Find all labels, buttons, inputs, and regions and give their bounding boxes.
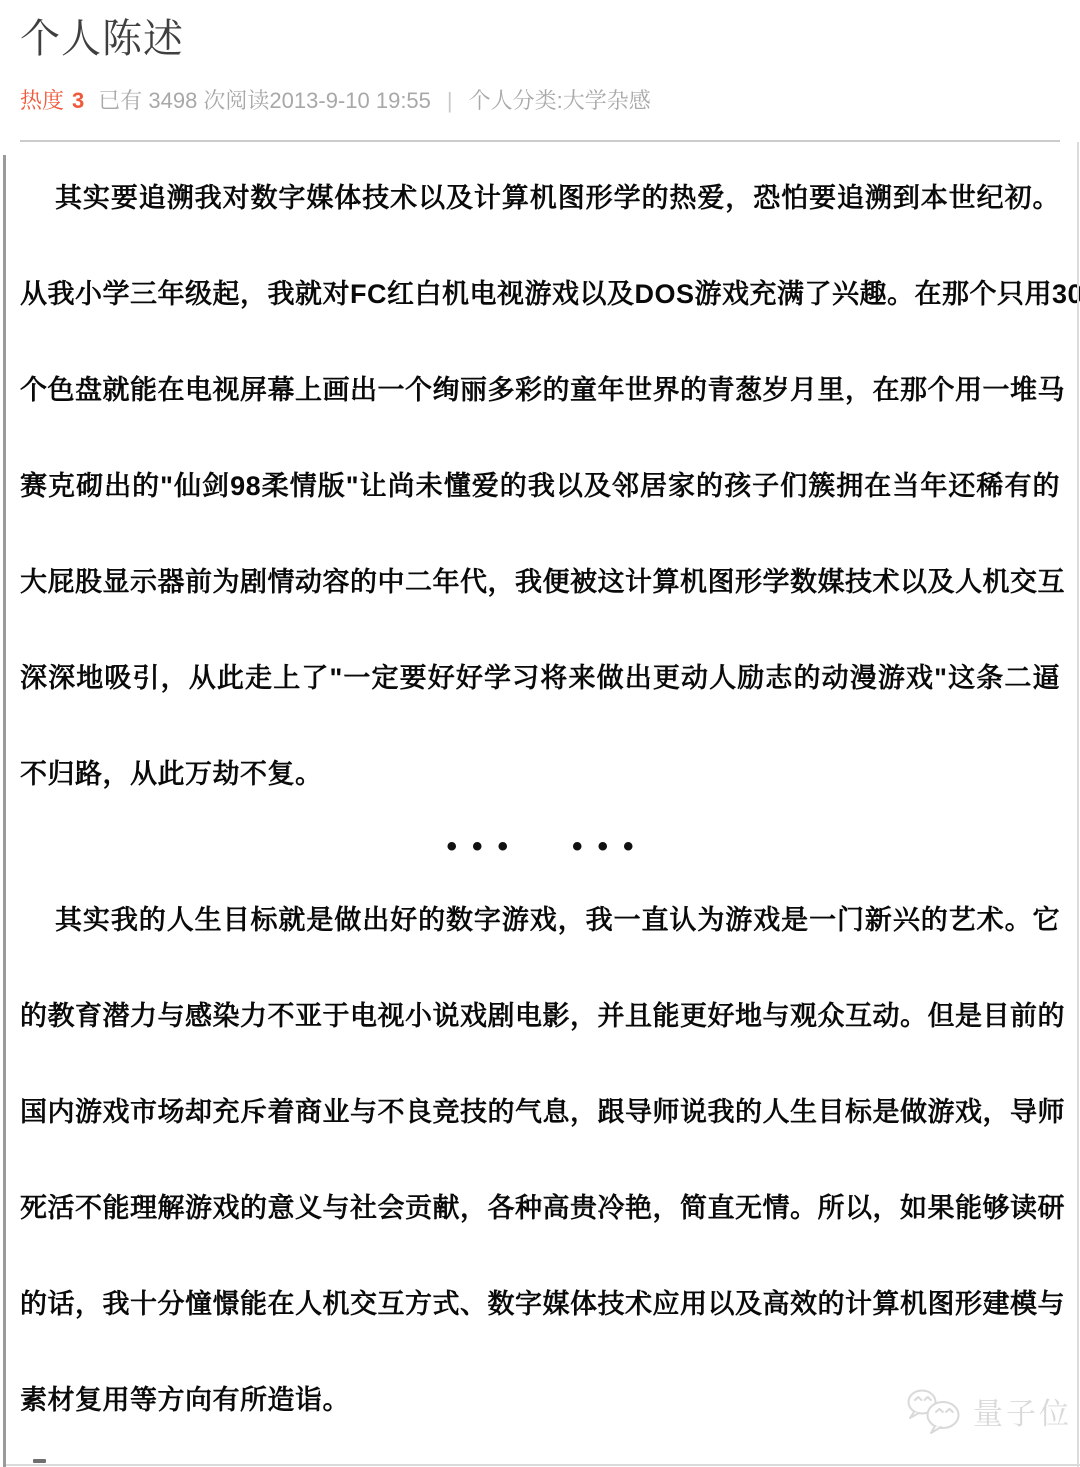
watermark: 量子位	[903, 1388, 1072, 1434]
body-line: 大屁股显示器前为剧情动容的中二年代，我便被这计算机图形学数媒技术以及人机交互	[20, 534, 1060, 630]
wechat-logo-icon	[903, 1388, 965, 1434]
right-border-line	[1077, 142, 1079, 1467]
body-line: 从我小学三年级起，我就对FC红白机电视游戏以及DOS游戏充满了兴趣。在那个只用3…	[20, 246, 1060, 342]
body-line: 不归路，从此万劫不复。	[20, 726, 1060, 822]
body-line: 国内游戏市场却充斥着商业与不良竞技的气息，跟导师说我的人生目标是做游戏，导师	[20, 1064, 1060, 1160]
post-header: 个人陈述 热度3 已有 3498 次阅读2013-9-10 19:55 | 个人…	[0, 14, 1080, 142]
body-line: 其实我的人生目标就是做出好的数字游戏，我一直认为游戏是一门新兴的艺术。它	[20, 872, 1060, 968]
body-line: 其实要追溯我对数字媒体技术以及计算机图形学的热爱，恐怕要追溯到本世纪初。	[20, 150, 1060, 246]
body-line: 深深地吸引，从此走上了"一定要好好学习将来做出更动人励志的动漫游戏"这条二逼	[20, 630, 1060, 726]
header-divider	[20, 140, 1060, 142]
page-title: 个人陈述	[20, 14, 1060, 64]
body-line: 的话，我十分憧憬能在人机交互方式、数字媒体技术应用以及高效的计算机图形建模与	[20, 1256, 1060, 1352]
body-line: 的教育潜力与感染力不亚于电视小说戏剧电影，并且能更好地与观众互动。但是目前的	[20, 968, 1060, 1064]
body-line: 个色盘就能在电视屏幕上画出一个绚丽多彩的童年世界的青葱岁月里，在那个用一堆马	[20, 342, 1060, 438]
section-separator-dots: ••• •••	[20, 822, 1060, 872]
dots-group: •••	[557, 822, 649, 872]
cutoff-content-fragment	[33, 1459, 46, 1463]
dots-group: •••	[431, 822, 523, 872]
meta-separator: |	[447, 88, 453, 114]
heat-badge: 热度3	[20, 88, 84, 114]
views-and-date: 已有 3498 次阅读2013-9-10 19:55	[98, 88, 431, 114]
bottom-divider	[6, 1464, 1080, 1466]
category-link[interactable]: 个人分类:大学杂感	[469, 88, 651, 114]
heat-count: 3	[72, 88, 84, 113]
watermark-label: 量子位	[973, 1389, 1072, 1433]
article-body: 其实要追溯我对数字媒体技术以及计算机图形学的热爱，恐怕要追溯到本世纪初。 从我小…	[0, 150, 1080, 1448]
heat-label: 热度	[20, 88, 64, 113]
left-border-line	[3, 155, 6, 1467]
body-line: 赛克砌出的"仙剑98柔情版"让尚未懂爱的我以及邻居家的孩子们簇拥在当年还稀有的	[20, 438, 1060, 534]
body-line: 死活不能理解游戏的意义与社会贡献，各种高贵冷艳，简直无情。所以，如果能够读研	[20, 1160, 1060, 1256]
post-meta: 热度3 已有 3498 次阅读2013-9-10 19:55 | 个人分类:大学…	[20, 88, 1060, 114]
